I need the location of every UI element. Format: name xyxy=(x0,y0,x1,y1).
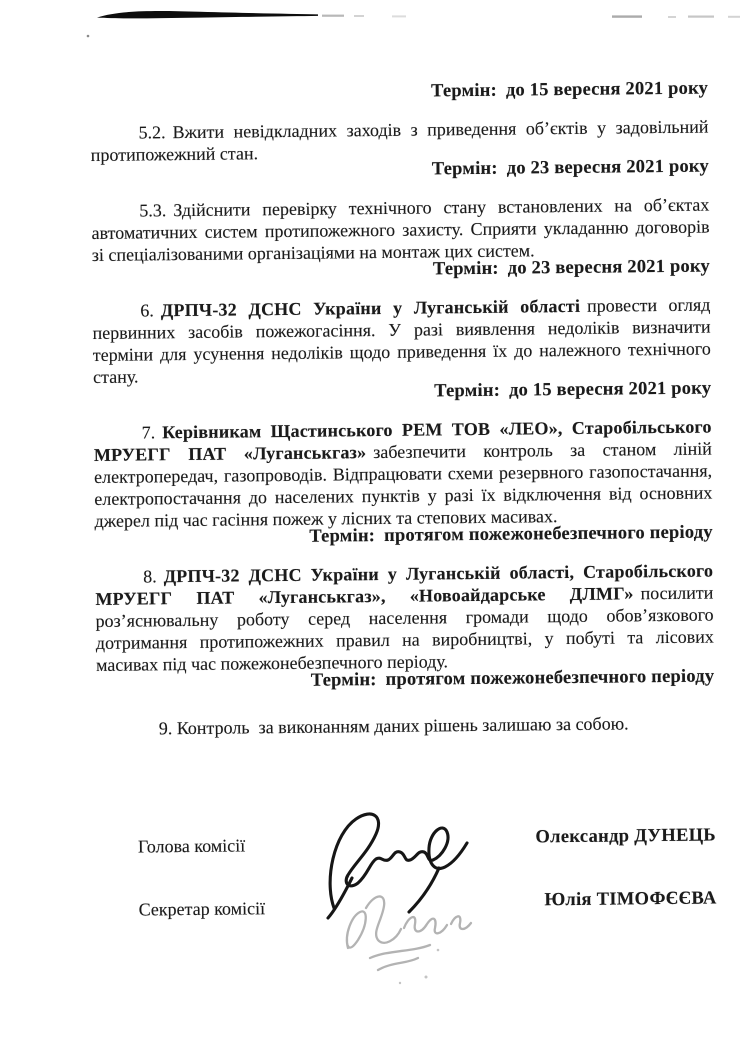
document-body: Термін:до 15 вересня 2021 року 5.2.Вжити… xyxy=(90,78,717,922)
deadline-label: Термін: xyxy=(431,81,497,102)
paragraph-7: 7.Керівникам Щастинського РЕМ ТОВ «ЛЕО»,… xyxy=(94,416,713,532)
paragraph-number: 6. xyxy=(140,300,154,320)
deadline-label: Термін: xyxy=(433,259,499,280)
deadline-label: Термін: xyxy=(432,159,498,180)
chair-signer-name: Олександр ДУНЕЦЬ xyxy=(535,824,716,848)
secretary-signer-name: Юлія ТІМОФЄЄВА xyxy=(544,887,716,911)
paragraph-number: 5.3. xyxy=(139,200,166,220)
scanned-document-page: Термін:до 15 вересня 2021 року 5.2.Вжити… xyxy=(0,0,750,1060)
paragraph-text: Здійснити перевірку технічного стану вст… xyxy=(91,195,709,265)
paragraph-number: 7. xyxy=(142,422,156,442)
deadline-value: до 15 вересня 2021 року xyxy=(506,79,708,101)
paragraph-bold-lead: ДРПЧ-32 ДСНС України у Луганській област… xyxy=(95,561,713,609)
deadline-line-1: Термін:до 15 вересня 2021 року xyxy=(90,78,708,106)
signature-row-chair: Голова комісії Олександр ДУНЕЦЬ xyxy=(98,829,716,858)
deadline-label: Термін: xyxy=(311,670,377,691)
deadline-value: до 15 вересня 2021 року xyxy=(509,379,711,401)
paragraph-8: 8.ДРПЧ-32 ДСНС України у Луганській обла… xyxy=(95,560,714,676)
deadline-label: Термін: xyxy=(309,526,375,547)
paragraph-9: 9. Контроль за виконанням даних рішень з… xyxy=(97,711,715,739)
deadline-value: до 23 вересня 2021 року xyxy=(507,157,709,179)
signature-row-secretary: Секретар комісії Юлія ТІМОФЄЄВА xyxy=(99,892,717,921)
deadline-value: протягом пожежонебезпечного періоду xyxy=(384,523,713,546)
paragraph-6: 6.ДРПЧ-32 ДСНС України у Луганській обла… xyxy=(92,294,711,388)
paragraph-text: Контроль за виконанням даних рішень зали… xyxy=(177,713,629,738)
paragraph-number: 5.2. xyxy=(138,122,165,142)
deadline-value: протягом пожежонебезпечного періоду xyxy=(386,666,715,689)
secretary-role-label: Секретар комісії xyxy=(139,897,266,920)
paragraph-number: 9. xyxy=(159,718,173,738)
deadline-value: до 23 вересня 2021 року xyxy=(508,257,710,279)
deadline-label: Термін: xyxy=(434,381,500,402)
paragraph-number: 8. xyxy=(143,566,157,586)
chair-role-label: Голова комісії xyxy=(138,834,245,857)
paragraph-5-3: 5.3.Здійснити перевірку технічного стану… xyxy=(91,194,710,266)
paragraph-bold-lead: ДРПЧ-32 ДСНС України у Луганській област… xyxy=(161,296,580,320)
scan-artifact-streak xyxy=(0,0,750,46)
